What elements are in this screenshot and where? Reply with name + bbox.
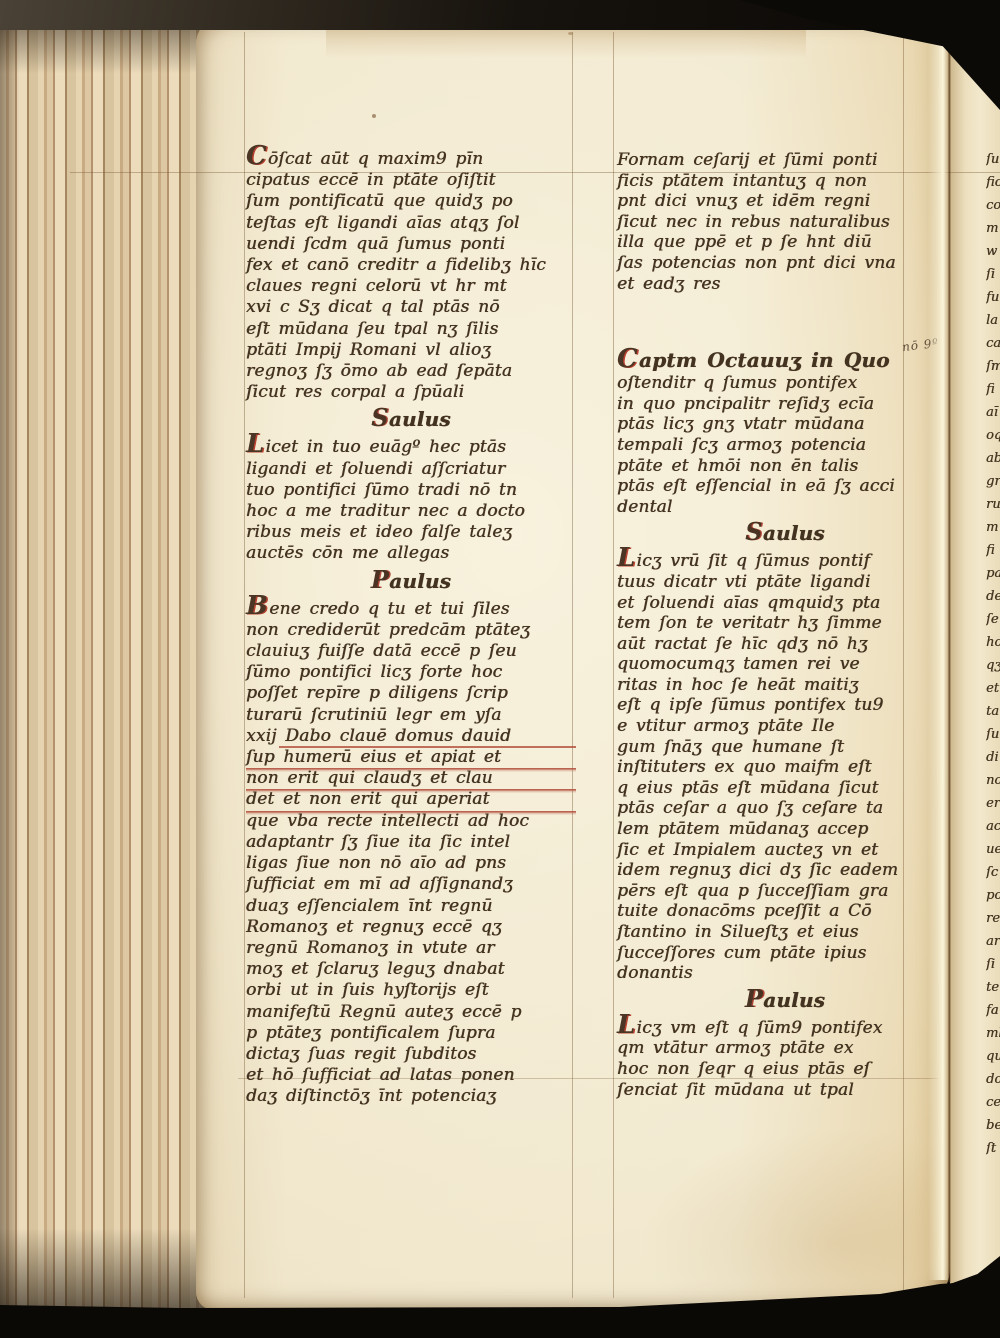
text-line: moʒ et ſclaruʒ leguʒ dnabat	[246, 959, 576, 980]
facing-text-fragment: ſi	[986, 263, 1000, 286]
facing-text-fragment: aī	[986, 401, 1000, 424]
text-line: et eadʒ res	[617, 274, 953, 295]
manuscript-photo: ſuficcomwſifulacaſmfiaīoqabgrrumfipadeſe…	[0, 0, 1000, 1338]
facing-text-fragment: gr	[986, 470, 1000, 493]
facing-text-fragment: fic	[986, 171, 1000, 194]
paragraph: Licet in tuo euāgº hec ptāsligandi et ſo…	[246, 434, 576, 564]
text-line: ſūmo pontifici licʒ forte hoc	[246, 662, 576, 683]
facing-text-fragment: m	[986, 516, 1000, 539]
paragraph: Bene credo q tu et tui ſilesnon credider…	[246, 596, 576, 1108]
text-line: Fornam ceſarij et ſūmi ponti	[617, 150, 953, 171]
text-line: Licet in tuo euāgº hec ptās	[246, 434, 576, 458]
facing-text-fragment: m	[986, 217, 1000, 240]
facing-text-fragment: no	[986, 769, 1000, 792]
facing-text-fragment: be	[986, 1114, 1000, 1137]
chapter-paragraph: Captm Octauuʒ in Quooſtenditr q ſumus po…	[617, 346, 953, 517]
text-line: ptāte et hmōi non ēn talis	[617, 456, 953, 477]
facing-text-fragment: ml	[986, 1022, 1000, 1045]
text-line: auctēs cōn me allegas	[246, 543, 576, 564]
facing-text-fragment: ce	[986, 1091, 1000, 1114]
text-line: hoc non ſeqr q eius ptās eſ	[617, 1059, 953, 1080]
facing-text-fragment: w	[986, 240, 1000, 263]
facing-text-fragment: la	[986, 309, 1000, 332]
facing-text-fragment: fa	[986, 999, 1000, 1022]
text-line: det et non erit qui aperiat	[246, 789, 576, 810]
facing-text-fragment: ſm	[986, 355, 1000, 378]
text-line: aūt ractat ſe hīc qdʒ nō hʒ	[617, 634, 953, 655]
text-line: gum ſnāʒ que humane ſt	[617, 737, 953, 758]
text-line: poſſet repīre p diligens ſcrip	[246, 683, 576, 704]
text-column-left: Cōſcat aūt q maxim9 pīncipatus eccē in p…	[246, 146, 576, 1108]
facing-text-fragment: de	[986, 585, 1000, 608]
facing-text-fragment: ſu	[986, 148, 1000, 171]
facing-text-fragment: oq	[986, 424, 1000, 447]
facing-text-fragment: ho	[986, 631, 1000, 654]
text-line: que vba recte intellecti ad hoc	[246, 811, 576, 832]
text-line: ligandi et ſoluendi aſſcriatur	[246, 459, 576, 480]
text-line: oſtenditr q ſumus pontifex	[617, 373, 953, 394]
ruling-line-vertical-mid-right	[613, 32, 614, 1298]
text-line: tuite donacōms pceſſit a Cō	[617, 901, 953, 922]
text-line: ſicut res corpal a ſpūali	[246, 382, 576, 403]
text-line: teſtas eſt ligandi aīas atqʒ ſol	[246, 213, 576, 234]
facing-text-fragment: co	[986, 194, 1000, 217]
facing-page-edge: ſuficcomwſifulacaſmfiaīoqabgrrumfipadeſe…	[950, 52, 1000, 1284]
manuscript-page: Cōſcat aūt q maxim9 pīncipatus eccē in p…	[196, 18, 950, 1310]
paragraph: Fornam ceſarij et ſūmi pontificis ptātem…	[617, 150, 953, 294]
facing-text-fragment: qʒ	[986, 654, 1000, 677]
facing-text-fragment: ſi	[986, 953, 1000, 976]
text-line: Licʒ vrū ſit q ſūmus pontif	[617, 548, 953, 572]
text-line: hoc a me traditur nec a docto	[246, 501, 576, 522]
text-line: ſum pontificatū que quidʒ po	[246, 191, 576, 212]
text-line: ptās eſt eſſencial in eā ſʒ acci	[617, 476, 953, 497]
text-line: Romanoʒ et regnuʒ eccē qʒ	[246, 917, 576, 938]
text-line: ſup humerū eius et apiat et	[246, 747, 576, 768]
text-line: Cōſcat aūt q maxim9 pīn	[246, 146, 576, 170]
text-line: turarū ſcrutiniū legr em yſa	[246, 705, 576, 726]
text-line: inſtituters ex quo maifm eſt	[617, 757, 953, 778]
facing-text-fragment: ue	[986, 838, 1000, 861]
facing-text-fragment: fi	[986, 539, 1000, 562]
text-line: regnū Romanoʒ in vtute ar	[246, 938, 576, 959]
facing-text-fragment: ru	[986, 493, 1000, 516]
facing-text-fragment: ſe	[986, 608, 1000, 631]
text-line: tem ſon te veritatr hʒ ſimme	[617, 613, 953, 634]
text-line: xvi c Sʒ dicat q tal ptās nō	[246, 297, 576, 318]
paragraph: Licʒ vrū ſit q ſūmus pontiftuus dicatr v…	[617, 548, 953, 983]
facing-text-fragment: er	[986, 792, 1000, 815]
facing-text-fragment: di	[986, 746, 1000, 769]
text-line: ligas ſiue non nō aīo ad pns	[246, 853, 576, 874]
facing-text-fragment: te	[986, 976, 1000, 999]
gutter-fold-crease	[948, 30, 951, 1282]
text-line: et hō ſufficiat ad latas ponen	[246, 1065, 576, 1086]
text-line: ſtantino in Silueſtʒ et eius	[617, 922, 953, 943]
text-line: ribus meis et ideo falſe taleʒ	[246, 522, 576, 543]
text-line: Bene credo q tu et tui ſiles	[246, 596, 576, 620]
text-line: manifeſtū Regnū auteʒ eccē p	[246, 1002, 576, 1023]
text-line: fex et canō creditr a fidelibʒ hīc	[246, 255, 576, 276]
text-line: qm vtātur armoʒ ptāte ex	[617, 1038, 953, 1059]
facing-text-fragment: ac	[986, 815, 1000, 838]
text-line: ſenciat ſit mūdana ut tpal	[617, 1080, 953, 1101]
text-line: ptās licʒ gnʒ vtatr mūdana	[617, 414, 953, 435]
facing-page-text-fragments: ſuficcomwſifulacaſmfiaīoqabgrrumfipadeſe…	[986, 148, 1000, 1198]
text-line: ritas in hoc ſe heāt maitiʒ	[617, 675, 953, 696]
facing-text-fragment: ſu	[986, 723, 1000, 746]
text-line: ſicut nec in rebus naturalibus	[617, 212, 953, 233]
text-line: ficis ptātem intantuʒ q non	[617, 171, 953, 192]
text-line: ſic et Impialem aucteʒ vn et	[617, 840, 953, 861]
book-page-edges-left	[0, 8, 220, 1320]
facing-text-fragment: ca	[986, 332, 1000, 355]
facing-text-fragment: fu	[986, 286, 1000, 309]
facing-text-fragment: ſc	[986, 861, 1000, 884]
text-line: duaʒ eſſencialem īnt regnū	[246, 896, 576, 917]
text-line: ſas potencias non pnt dici vna	[617, 253, 953, 274]
ruling-line-vertical-left	[244, 32, 245, 1298]
paragraph: Cōſcat aūt q maxim9 pīncipatus eccē in p…	[246, 146, 576, 403]
text-line: dental	[617, 497, 953, 518]
text-line: ſucceſſores cum ptāte ipius	[617, 943, 953, 964]
text-line: eſt mūdana ſeu tpal nʒ ſilis	[246, 319, 576, 340]
text-line: in quo pncipalitr reſidʒ ecīa	[617, 394, 953, 415]
facing-text-fragment: ta	[986, 700, 1000, 723]
facing-text-fragment: po	[986, 884, 1000, 907]
text-line: uendi ſcdm quā ſumus ponti	[246, 234, 576, 255]
text-line: ſufficiat em mī ad aſſignandʒ	[246, 874, 576, 895]
facing-text-fragment: et	[986, 677, 1000, 700]
text-line: Licʒ vm eſt q ſūm9 pontifex	[617, 1015, 953, 1039]
text-line: claues regni celorū vt hr mt	[246, 276, 576, 297]
foxing-dot	[372, 114, 376, 118]
text-line: dictaʒ ſuas regit ſubditos	[246, 1044, 576, 1065]
facing-text-fragment: fi	[986, 378, 1000, 401]
text-line: adaptantr ſʒ ſiue ita ſic intel	[246, 832, 576, 853]
text-line: tuus dicatr vti ptāte ligandi	[617, 572, 953, 593]
speaker-heading: Paulus	[617, 986, 953, 1013]
text-line: pērs eſt qua p ſucceſſiam gra	[617, 881, 953, 902]
speaker-heading: Saulus	[246, 405, 576, 432]
text-line: q eius ptās eſt mūdana ſicut	[617, 778, 953, 799]
text-line: quomocumqʒ tamen rei ve	[617, 654, 953, 675]
gutter-fold-highlight	[928, 40, 948, 1280]
text-line: illa que ppē et p ſe hnt diū	[617, 232, 953, 253]
facing-text-fragment: re	[986, 907, 1000, 930]
facing-text-fragment: pa	[986, 562, 1000, 585]
text-line: et ſoluendi aīas qmquidʒ pta	[617, 593, 953, 614]
text-line: p ptāteʒ pontificalem ſupra	[246, 1023, 576, 1044]
facing-text-fragment: ſt	[986, 1137, 1000, 1160]
text-line: tempali ſcʒ armoʒ potencia	[617, 435, 953, 456]
speaker-heading: Saulus	[617, 519, 953, 546]
text-line: ptāti Impij Romani vl alioʒ	[246, 340, 576, 361]
facing-text-fragment: do	[986, 1068, 1000, 1091]
text-line: pnt dici vnuʒ et idēm regni	[617, 191, 953, 212]
text-line: ptās ceſar a quo ſʒ ceſare ta	[617, 798, 953, 819]
paragraph: Licʒ vm eſt q ſūm9 pontifexqm vtātur arm…	[617, 1015, 953, 1100]
text-line: non crediderūt predcām ptāteʒ	[246, 620, 576, 641]
text-column-right: Fornam ceſarij et ſūmi pontificis ptātem…	[617, 150, 953, 1100]
text-line: daʒ diſtinctōʒ īnt potenciaʒ	[246, 1086, 576, 1107]
facing-text-fragment: ab	[986, 447, 1000, 470]
text-line: lem ptātem mūdanaʒ accep	[617, 819, 953, 840]
text-line: tuo pontifici ſūmo tradi nō tn	[246, 480, 576, 501]
text-line: e vtitur armoʒ ptāte Ile	[617, 716, 953, 737]
facing-text-fragment: ar	[986, 930, 1000, 953]
speaker-heading: Paulus	[246, 567, 576, 594]
text-line: xxij Dabo clauē domus dauid	[246, 726, 576, 747]
text-line: non erit qui claudʒ et clau	[246, 768, 576, 789]
text-line: orbi ut in ſuis hyſtorijs eſt	[246, 980, 576, 1001]
text-line: eſt q ipſe ſūmus pontifex tu9	[617, 695, 953, 716]
text-line: idem regnuʒ dici dʒ ſic eadem	[617, 860, 953, 881]
text-line: regnoʒ ſʒ ōmo ab ead ſepāta	[246, 361, 576, 382]
facing-text-fragment: qu	[986, 1045, 1000, 1068]
text-line: clauiuʒ fuiſſe datā eccē p ſeu	[246, 641, 576, 662]
text-line: cipatus eccē in ptāte oſiſtit	[246, 170, 576, 191]
parchment-stain-corner	[610, 1110, 940, 1300]
text-line: donantis	[617, 963, 953, 984]
